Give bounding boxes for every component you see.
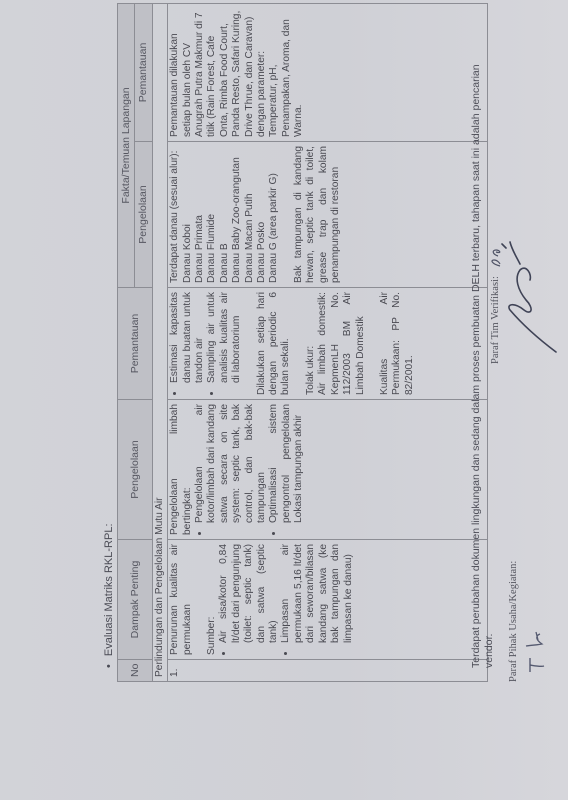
cell-pengelolaan: Pengelolaan limbah bertingkat: Pengelola… xyxy=(168,400,488,540)
header-pengelolaan: Pengelolaan xyxy=(118,400,153,540)
table-row: 1. Penurunan kualitas air permukaan Sumb… xyxy=(168,3,488,681)
list-item: Danau Baby Zoo-orangutan xyxy=(231,146,243,283)
signature-pihak-icon xyxy=(522,616,548,676)
list-item: Optimalisasi sistem pengontrol pengelola… xyxy=(268,404,305,523)
rkl-rpl-matrix-table: No Dampak Penting Pengelolaan Pemantauan… xyxy=(117,3,488,682)
dampak-intro: Penurunan kualitas air permukaan xyxy=(169,544,194,655)
category-label: Perlindungan dan Pengelolaan Mutu Air xyxy=(152,3,167,681)
header-no: No xyxy=(118,660,153,682)
section-title: •Evaluasi Matriks RKL-RPL: xyxy=(103,523,115,668)
list-item: Danau Macan Putih xyxy=(244,146,256,283)
pemantauan-tolak-ukur-label: Tolak ukur: xyxy=(305,292,317,395)
cell-pemantauan: Estimasi kapasitas danau buatan untuk ta… xyxy=(168,288,488,400)
list-item: Air sisa/kotor 0,84 lt/det dari pengunju… xyxy=(218,544,280,643)
pemantauan-frequency: Dilakukan setiap hari dengan periodic 6 … xyxy=(256,292,293,395)
danau-list: Danau Koboi Danau Primata Danau Flumide … xyxy=(182,146,281,283)
dampak-source-list: Air sisa/kotor 0,84 lt/det dari pengunju… xyxy=(218,544,354,655)
cell-dampak-penting: Penurunan kualitas air permukaan Sumber:… xyxy=(168,540,488,660)
pemantauan-standard-permukaan: Kualitas Air Permukaan: PP No. 82/2001. xyxy=(379,292,416,395)
list-item: Danau Koboi xyxy=(182,146,194,283)
section-title-text: Evaluasi Matriks RKL-RPL: xyxy=(103,523,115,656)
header-fakta-pengelolaan: Pengelolaan xyxy=(135,142,152,288)
list-item: Danau Flumide xyxy=(206,146,218,283)
header-dampak-penting: Dampak Penting xyxy=(118,540,153,660)
pemantauan-list: Estimasi kapasitas danau buatan untuk ta… xyxy=(169,292,243,395)
list-item: Estimasi kapasitas danau buatan untuk ta… xyxy=(169,292,206,383)
list-item: Danau Posko xyxy=(256,146,268,283)
pengelolaan-intro: Pengelolaan limbah bertingkat: xyxy=(169,404,194,535)
header-fakta-pemantauan: Pemantauan xyxy=(135,3,152,141)
signature-tim-icon xyxy=(500,220,562,360)
cell-fakta-pemantauan: Pemantauan dilakukan setiap bulan oleh C… xyxy=(168,3,488,141)
cell-fakta-pengelolaan: Terdapat danau (sesuai alur): Danau Kobo… xyxy=(168,142,488,288)
cell-no: 1. xyxy=(168,660,488,682)
pemantauan-standard-limbah: Air limbah domestik: KepmenLH No. 112/20… xyxy=(317,292,367,395)
list-item: Pengelolaan air kotor/limbah dari kandan… xyxy=(194,404,268,523)
table-header-row: No Dampak Penting Pengelolaan Pemantauan… xyxy=(118,3,135,681)
bullet-icon: • xyxy=(103,664,115,668)
list-item: Danau Primata xyxy=(194,146,206,283)
pengelolaan-list: Pengelolaan air kotor/limbah dari kandan… xyxy=(194,404,306,535)
header-pemantauan: Pemantauan xyxy=(118,288,153,400)
category-row: Perlindungan dan Pengelolaan Mutu Air xyxy=(152,3,167,681)
list-item: Danau G (area parkir G) xyxy=(268,146,280,283)
list-item: Danau B xyxy=(219,146,231,283)
scanned-document-page: •Evaluasi Matriks RKL-RPL: No Dampak Pen… xyxy=(0,0,568,800)
fakta-intro: Terdapat danau (sesuai alur): xyxy=(169,146,181,283)
dampak-source-label: Sumber: xyxy=(206,544,218,655)
list-item: Limpasan air permukaan 5,16 lt/det dari … xyxy=(280,544,354,643)
header-fakta-temuan: Fakta/Temuan Lapangan xyxy=(118,3,135,287)
paraf-pihak-label: Paraf Pihak Usaha/Kegiatan: xyxy=(508,561,520,682)
fakta-bak: Bak tampungan di kandang hewan, septic t… xyxy=(293,146,343,283)
list-item: Sampling air untuk analisis kualitas air… xyxy=(206,292,243,383)
